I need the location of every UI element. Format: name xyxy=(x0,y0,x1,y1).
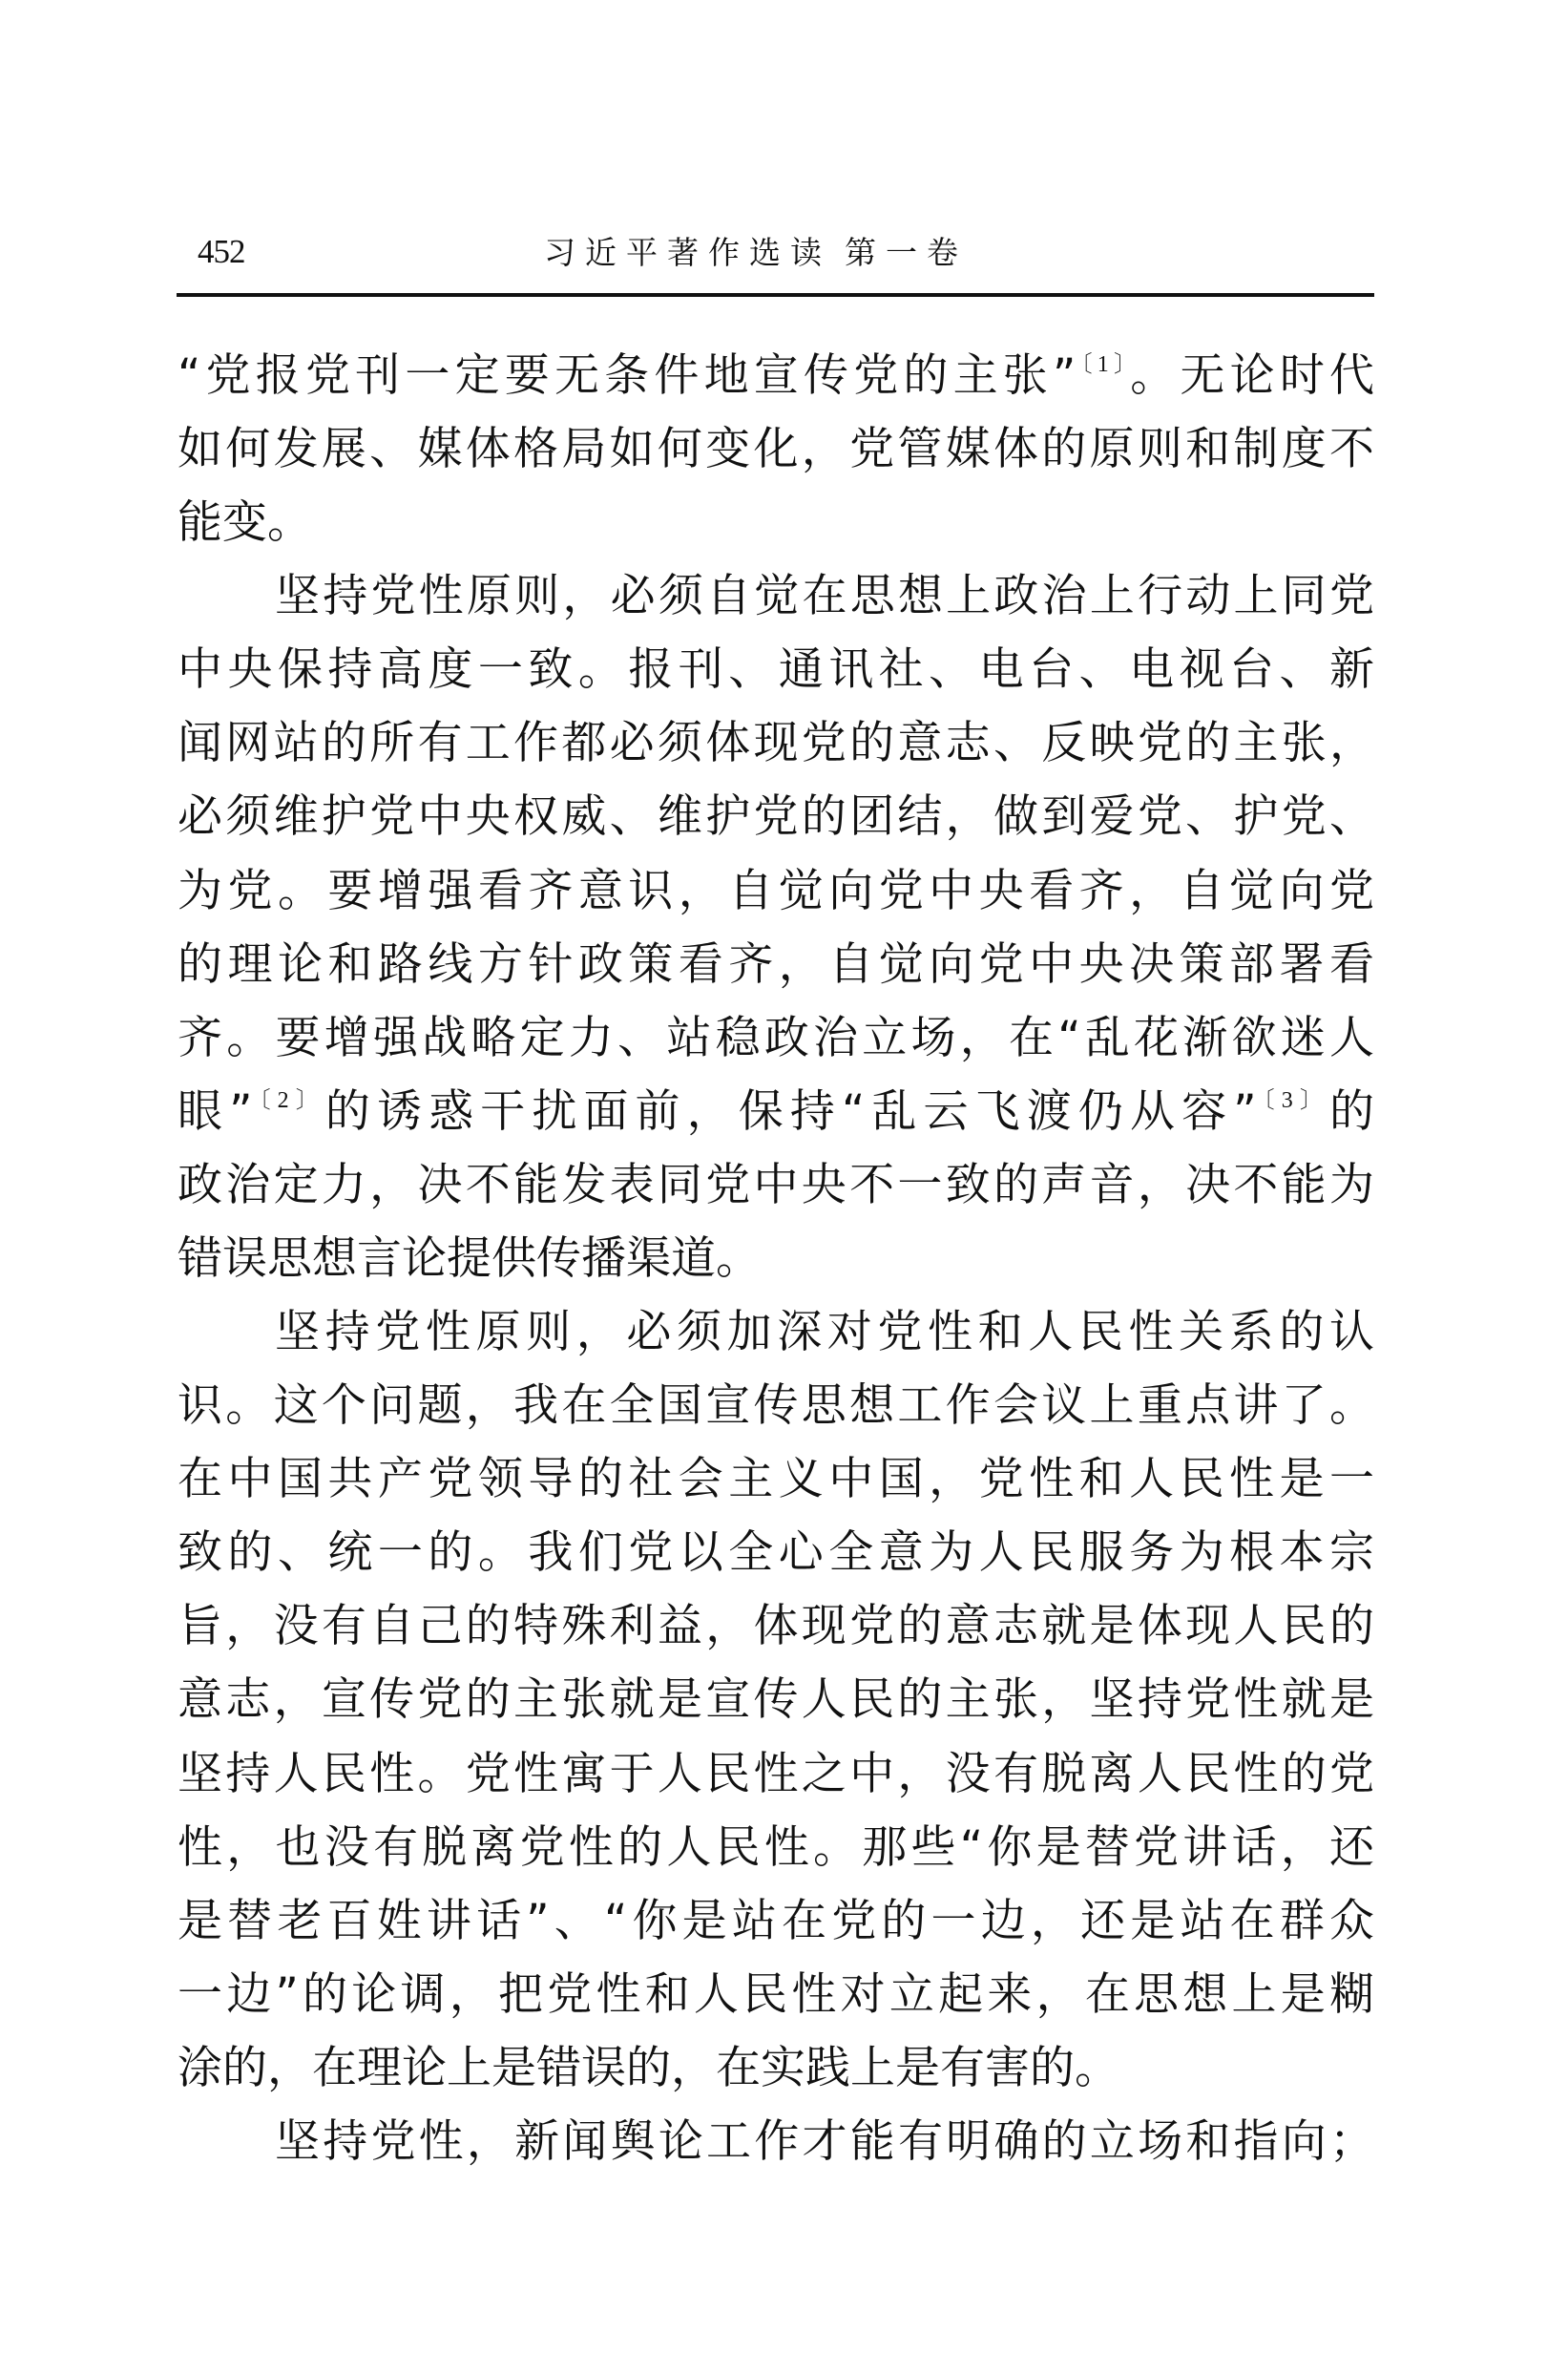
header-rule xyxy=(177,293,1374,297)
text-line: 旨，没有自己的特殊利益，体现党的意志就是体现人民的 xyxy=(178,1589,1374,1663)
text-segment: 眼” xyxy=(178,1085,252,1138)
text-segment: 在中国共产党领导的社会主义中国，党性和人民性是一 xyxy=(178,1453,1374,1505)
text-line: 齐。要增强战略定力、站稳政治立场，在“乱花渐欲迷人 xyxy=(178,1001,1374,1075)
text-line: 的理论和路线方针政策看齐，自觉向党中央决策部署看 xyxy=(178,928,1374,1001)
text-line: 是替老百姓讲话”、“你是站在党的一边，还是站在群众 xyxy=(178,1884,1374,1958)
text-segment: 致的、统一的。我们党以全心全意为人民服务为根本宗 xyxy=(178,1526,1374,1579)
book-page: 452 习近平著作选读第一卷 “党报党刊一定要无条件地宣传党的主张”〔1〕。无论… xyxy=(0,0,1568,2354)
text-segment: 。无论时代 xyxy=(1130,349,1374,402)
text-segment: 的诱惑干扰面前，保持“乱云飞渡仍从容” xyxy=(325,1085,1257,1138)
running-header-title: 习近平著作选读第一卷 xyxy=(544,233,993,273)
book-title: 习近平著作选读 xyxy=(544,234,831,271)
text-segment: 一边”的论调，把党性和人民性对立起来，在思想上是糊 xyxy=(178,1968,1374,2021)
text-segment: 政治定力，决不能发表同党中央不一致的声音，决不能为 xyxy=(178,1159,1374,1211)
text-segment: 如何发展、媒体格局如何变化，党管媒体的原则和制度不 xyxy=(178,423,1374,475)
text-segment: 是替老百姓讲话”、“你是站在党的一边，还是站在群众 xyxy=(178,1895,1374,1947)
footnote-marker: 〔3〕 xyxy=(1257,1088,1329,1113)
text-line: “党报党刊一定要无条件地宣传党的主张”〔1〕。无论时代 xyxy=(178,339,1374,412)
volume-label: 第一卷 xyxy=(845,234,968,271)
text-line: 致的、统一的。我们党以全心全意为人民服务为根本宗 xyxy=(178,1516,1374,1589)
text-segment: “党报党刊一定要无条件地宣传党的主张” xyxy=(178,349,1076,402)
text-line: 在中国共产党领导的社会主义中国，党性和人民性是一 xyxy=(178,1442,1374,1516)
footnote-marker: 〔1〕 xyxy=(1076,352,1130,377)
text-line: 坚持人民性。党性寓于人民性之中，没有脱离人民性的党 xyxy=(178,1737,1374,1811)
text-line: 中央保持高度一致。报刊、通讯社、电台、电视台、新 xyxy=(178,633,1374,706)
text-segment: 意志，宣传党的主张就是宣传人民的主张，坚持党性就是 xyxy=(178,1673,1374,1726)
text-line: 为党。要增强看齐意识，自觉向党中央看齐，自觉向党 xyxy=(178,854,1374,928)
text-line: 如何发展、媒体格局如何变化，党管媒体的原则和制度不 xyxy=(178,412,1374,486)
text-line: 闻网站的所有工作都必须体现党的意志、反映党的主张， xyxy=(178,706,1374,780)
text-line: 眼”〔2〕的诱惑干扰面前，保持“乱云飞渡仍从容”〔3〕的 xyxy=(178,1075,1374,1148)
page-number: 452 xyxy=(198,233,245,271)
text-line: 涂的，在理论上是错误的，在实践上是有害的。 xyxy=(178,2031,1119,2105)
paragraph-first-line: 坚持党性，新闻舆论工作才能有明确的立场和指向； xyxy=(275,2105,1374,2178)
text-line: 性，也没有脱离党性的人民性。那些“你是替党讲话，还 xyxy=(178,1811,1374,1884)
text-line: 政治定力，决不能发表同党中央不一致的声音，决不能为 xyxy=(178,1148,1374,1222)
text-segment: 性，也没有脱离党性的人民性。那些“你是替党讲话，还 xyxy=(178,1821,1374,1874)
text-segment: 的理论和路线方针政策看齐，自觉向党中央决策部署看 xyxy=(178,938,1374,991)
text-segment: 必须维护党中央权威、维护党的团结，做到爱党、护党、 xyxy=(178,790,1374,843)
footnote-marker: 〔2〕 xyxy=(252,1088,324,1113)
text-segment: 的 xyxy=(1329,1085,1374,1138)
text-segment: 能变。 xyxy=(178,496,312,549)
text-line: 错误思想言论提供传播渠道。 xyxy=(178,1222,761,1295)
text-line: 能变。 xyxy=(178,486,312,559)
text-segment: 闻网站的所有工作都必须体现党的意志、反映党的主张， xyxy=(178,717,1374,769)
text-segment: 旨，没有自己的特殊利益，体现党的意志就是体现人民的 xyxy=(178,1600,1374,1652)
text-segment: 涂的，在理论上是错误的，在实践上是有害的。 xyxy=(178,2042,1119,2094)
text-segment: 为党。要增强看齐意识，自觉向党中央看齐，自觉向党 xyxy=(178,865,1374,917)
text-line: 一边”的论调，把党性和人民性对立起来，在思想上是糊 xyxy=(178,1958,1374,2031)
text-segment: 识。这个问题，我在全国宣传思想工作会议上重点讲了。 xyxy=(178,1379,1374,1432)
text-segment: 坚持党性原则，必须加深对党性和人民性关系的认 xyxy=(275,1306,1374,1358)
text-line: 必须维护党中央权威、维护党的团结，做到爱党、护党、 xyxy=(178,780,1374,853)
text-segment: 齐。要增强战略定力、站稳政治立场，在“乱花渐欲迷人 xyxy=(178,1012,1374,1064)
text-segment: 坚持人民性。党性寓于人民性之中，没有脱离人民性的党 xyxy=(178,1748,1374,1800)
text-segment: 错误思想言论提供传播渠道。 xyxy=(178,1232,761,1285)
text-segment: 坚持党性，新闻舆论工作才能有明确的立场和指向； xyxy=(275,2115,1374,2168)
paragraph-first-line: 坚持党性原则，必须加深对党性和人民性关系的认 xyxy=(275,1295,1374,1369)
paragraph-first-line: 坚持党性原则，必须自觉在思想上政治上行动上同党 xyxy=(275,559,1374,633)
text-line: 识。这个问题，我在全国宣传思想工作会议上重点讲了。 xyxy=(178,1369,1374,1442)
text-line: 意志，宣传党的主张就是宣传人民的主张，坚持党性就是 xyxy=(178,1663,1374,1736)
text-segment: 中央保持高度一致。报刊、通讯社、电台、电视台、新 xyxy=(178,643,1374,696)
text-segment: 坚持党性原则，必须自觉在思想上政治上行动上同党 xyxy=(275,570,1374,622)
